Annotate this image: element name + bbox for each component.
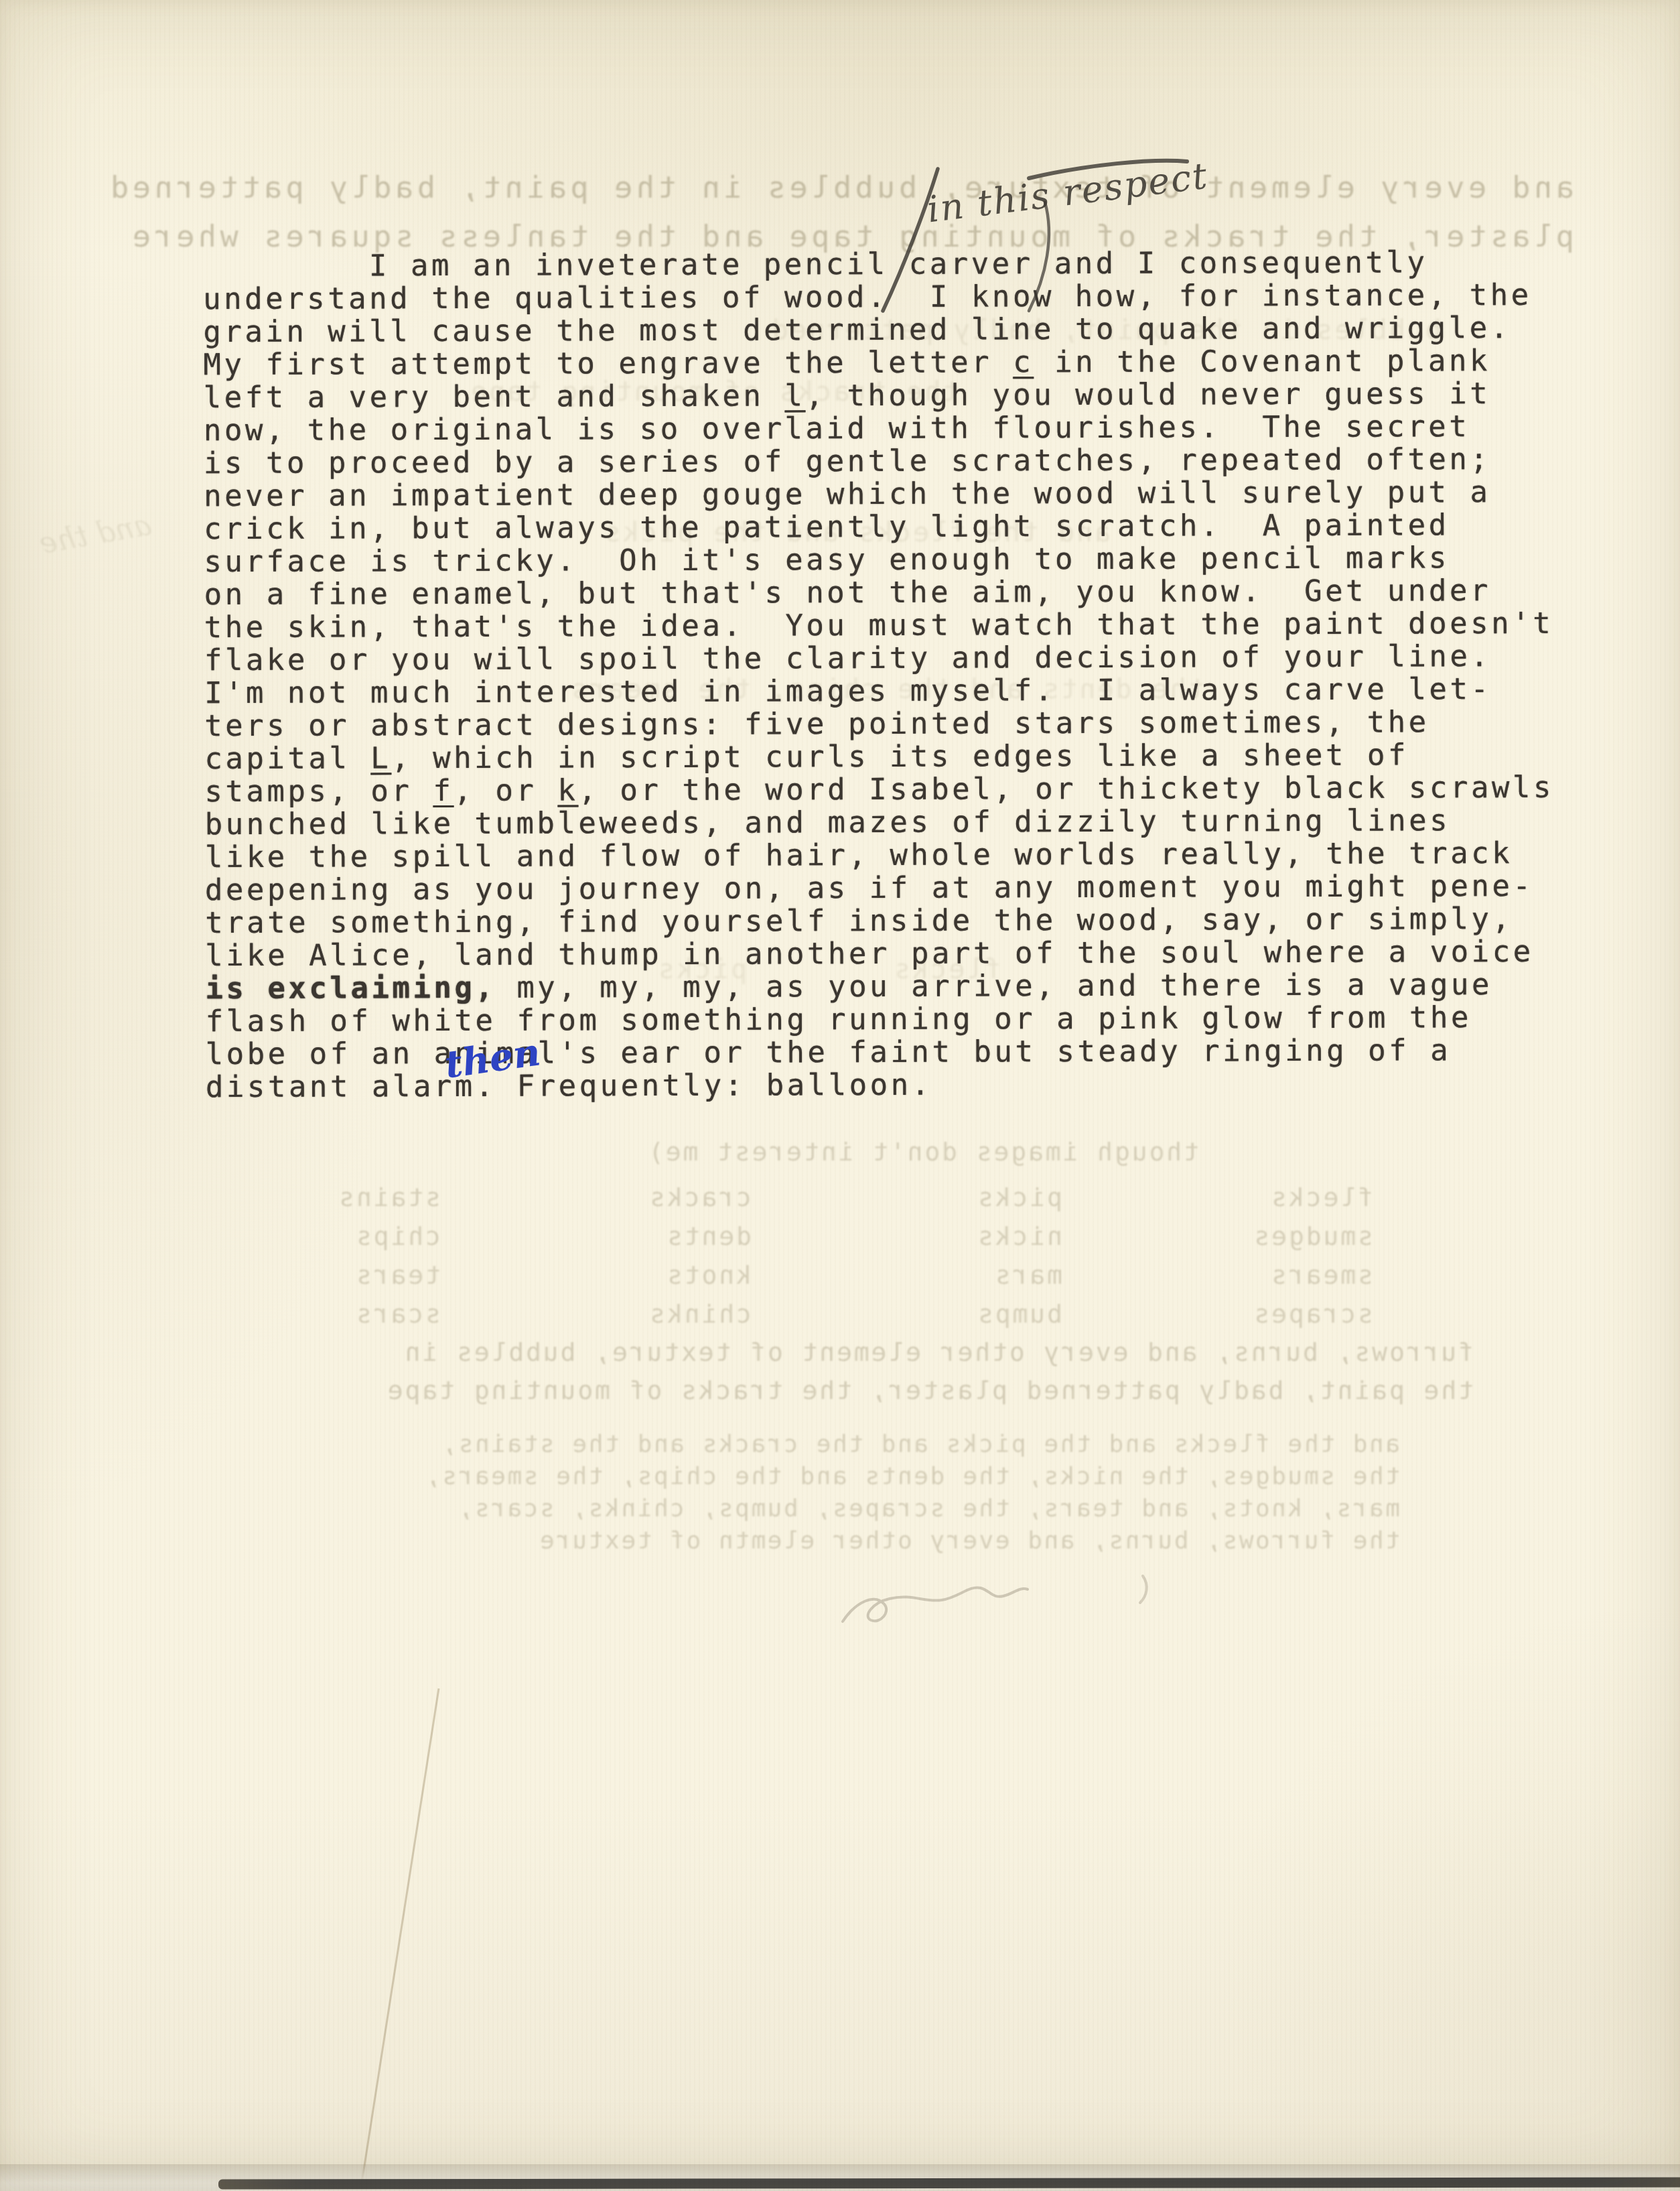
typewritten-paragraph: I am an inveterate pencil carver and I c… xyxy=(203,246,1555,1104)
typescript-scan-page: and every element of texture, bubbles in… xyxy=(0,0,1680,2191)
bleed-through-texture-lines: furrows, burns, and every other element … xyxy=(375,1333,1474,1410)
scan-bottom-dark-bar xyxy=(218,2177,1680,2189)
bleed-through-litany-lines: and the flecks and the picks and the cra… xyxy=(288,1429,1400,1557)
bleed-through-word-table: flecks picks cracks stainssmudges nicks … xyxy=(328,1178,1373,1333)
ghost-scribble xyxy=(843,1587,1028,1621)
paper-crease-line xyxy=(362,1688,439,2183)
ghost-scribble-tick xyxy=(1140,1576,1147,1603)
handwritten-margin-ghost: and the xyxy=(37,508,154,561)
bleed-through-interest-line: though images don't interest me) xyxy=(642,1137,1199,1167)
